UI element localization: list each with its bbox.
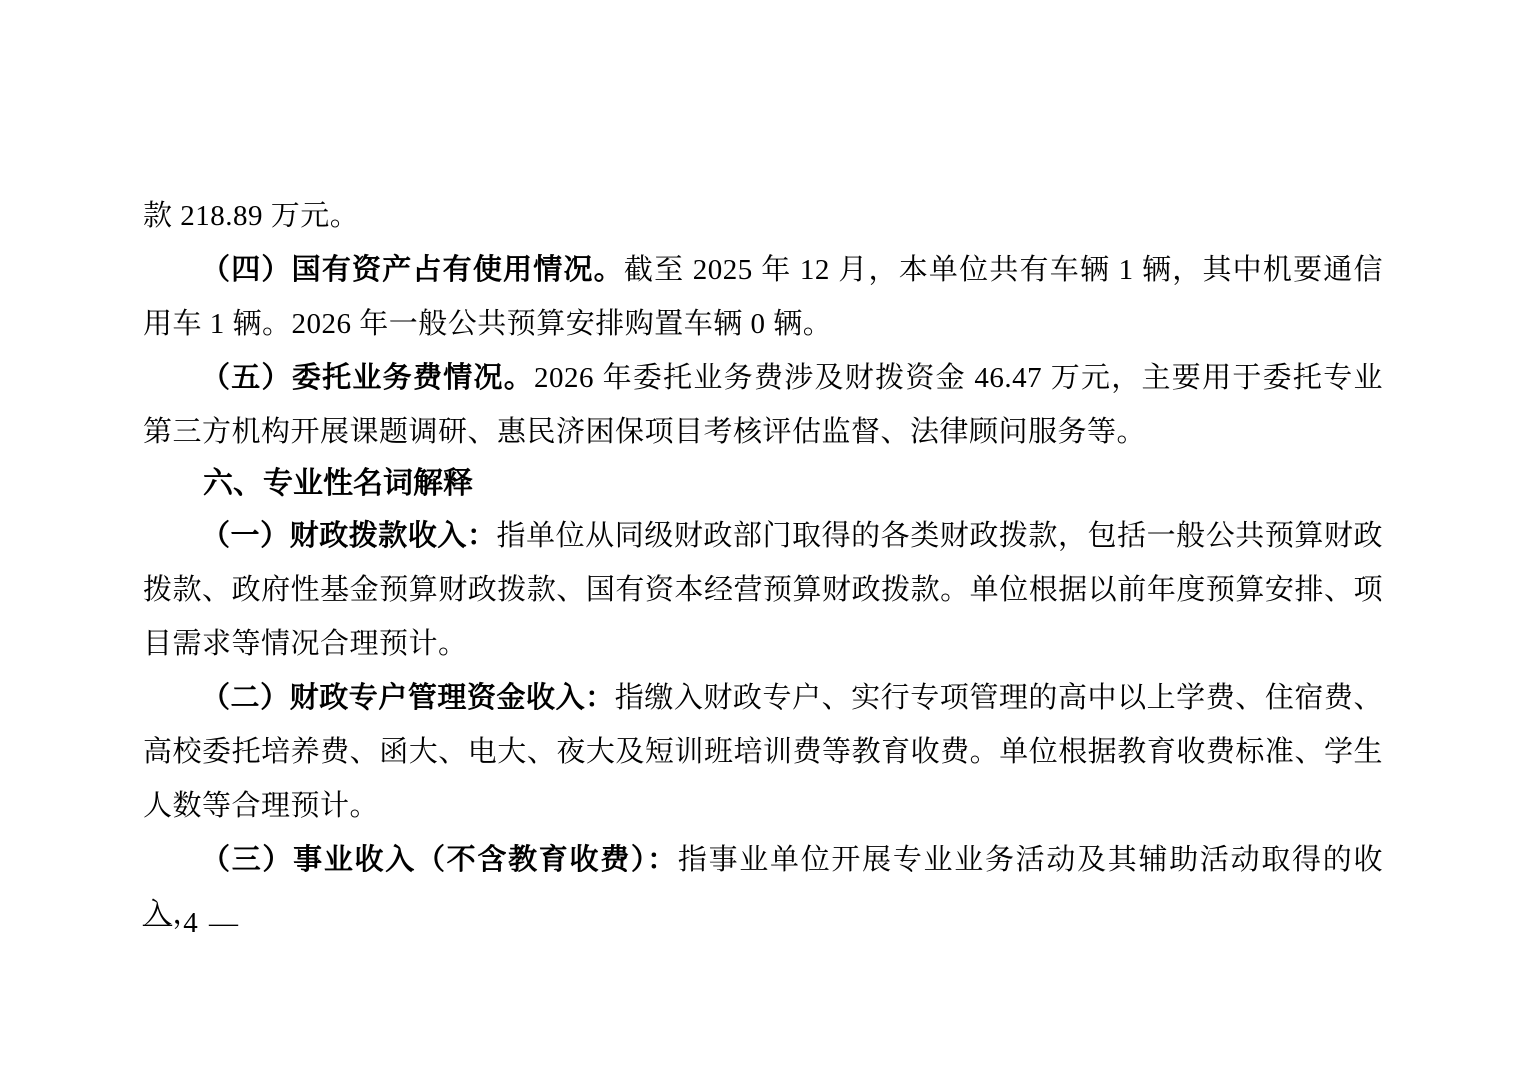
- paragraph-lead: （五）委托业务费情况。: [201, 362, 534, 394]
- paragraph-item-4: （四）国有资产占有使用情况。截至 2025 年 12 月，本单位共有车辆 1 辆…: [143, 243, 1383, 351]
- section-heading: 六、专业性名词解释: [143, 459, 1383, 509]
- paragraph-term-3: （三）事业收入（不含教育收费）：指事业单位开展专业业务活动及其辅助活动取得的收入…: [143, 833, 1383, 941]
- page-number: — 4 —: [143, 903, 240, 943]
- paragraph-lead: （三）事业收入（不含教育收费）：: [201, 844, 678, 876]
- document-page: 款 218.89 万元。 （四）国有资产占有使用情况。截至 2025 年 12 …: [0, 0, 1520, 1074]
- paragraph-item-5: （五）委托业务费情况。2026 年委托业务费涉及财拨资金 46.47 万元，主要…: [143, 351, 1383, 459]
- paragraph-lead: （二）财政专户管理资金收入：: [201, 682, 615, 714]
- paragraph-continuation: 款 218.89 万元。: [143, 189, 1383, 243]
- paragraph-lead: （四）国有资产占有使用情况。: [201, 254, 624, 286]
- paragraph-lead: （一）财政拨款收入：: [201, 520, 497, 552]
- paragraph-text: 款 218.89 万元。: [143, 200, 359, 232]
- document-body: 款 218.89 万元。 （四）国有资产占有使用情况。截至 2025 年 12 …: [143, 189, 1383, 941]
- paragraph-term-2: （二）财政专户管理资金收入：指缴入财政专户、实行专项管理的高中以上学费、住宿费、…: [143, 671, 1383, 833]
- paragraph-term-1: （一）财政拨款收入：指单位从同级财政部门取得的各类财政拨款，包括一般公共预算财政…: [143, 509, 1383, 671]
